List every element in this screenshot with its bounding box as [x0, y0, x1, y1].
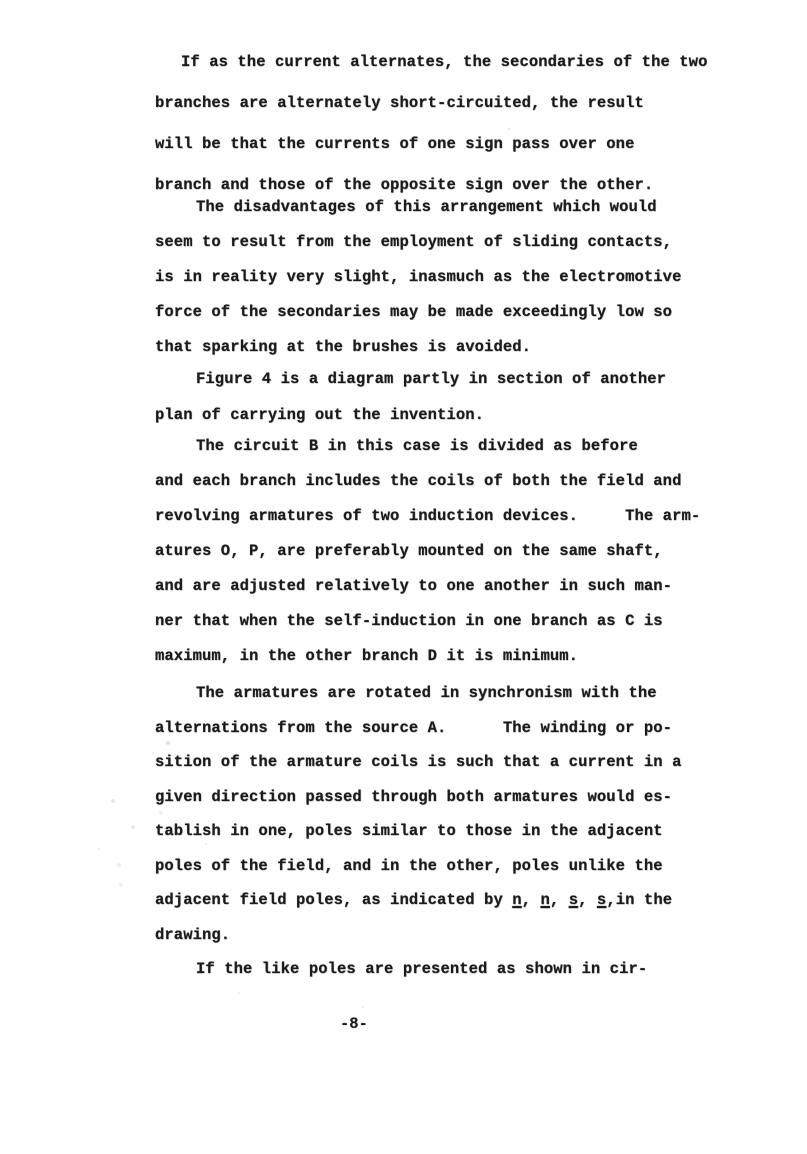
text-line: and are adjusted relatively to one anoth… [155, 569, 745, 604]
underlined-pole-letter: n [540, 891, 549, 909]
text-segment: branches are alternately short-circuited… [155, 94, 644, 112]
text-segment: and each branch includes the coils of bo… [155, 472, 681, 490]
paragraph: The circuit B in this case is divided as… [155, 429, 745, 674]
text-segment: poles of the field, and in the other, po… [155, 857, 663, 875]
underlined-pole-letter: s [569, 891, 578, 909]
text-line: maximum, in the other branch D it is min… [155, 639, 745, 674]
text-line: poles of the field, and in the other, po… [155, 849, 745, 884]
text-segment: drawing. [155, 926, 230, 944]
text-segment: alternations from the source A. The wind… [155, 719, 672, 737]
text-line: sition of the armature coils is such tha… [155, 745, 745, 780]
text-line: force of the secondaries may be made exc… [155, 295, 745, 330]
text-segment: The circuit B in this case is divided as… [196, 437, 638, 455]
paragraph: The disadvantages of this arrangement wh… [155, 190, 745, 365]
text-line: alternations from the source A. The wind… [155, 711, 745, 746]
scan-noise-speckles [0, 0, 2, 2]
text-segment: tablish in one, poles similar to those i… [155, 822, 663, 840]
text-line: The circuit B in this case is divided as… [155, 429, 745, 464]
paragraph: The armatures are rotated in synchronism… [155, 676, 745, 952]
text-line: adjacent field poles, as indicated by n,… [155, 883, 745, 918]
text-segment: is in reality very slight, inasmuch as t… [155, 268, 681, 286]
text-segment: The armatures are rotated in synchronism… [196, 684, 657, 702]
text-segment: Figure 4 is a diagram partly in section … [196, 370, 666, 388]
text-line: Figure 4 is a diagram partly in section … [155, 361, 745, 397]
text-line: plan of carrying out the invention. [155, 397, 745, 433]
paragraph: If the like poles are presented as shown… [155, 952, 745, 987]
text-segment: The disadvantages of this arrangement wh… [196, 198, 657, 216]
text-line: If the like poles are presented as shown… [155, 952, 745, 987]
text-line: The disadvantages of this arrangement wh… [155, 190, 745, 225]
text-line: will be that the currents of one sign pa… [155, 124, 745, 165]
text-segment: will be that the currents of one sign pa… [155, 135, 634, 153]
text-line: The armatures are rotated in synchronism… [155, 676, 745, 711]
text-segment: plan of carrying out the invention. [155, 406, 484, 424]
paragraph: If as the current alternates, the second… [155, 42, 745, 206]
page-number: -8- [340, 1012, 368, 1036]
text-line: and each branch includes the coils of bo… [155, 464, 745, 499]
text-segment: , [578, 891, 597, 909]
text-segment: ner that when the self-induction in one … [155, 612, 663, 630]
text-line: seem to result from the employment of sl… [155, 225, 745, 260]
text-line: tablish in one, poles similar to those i… [155, 814, 745, 849]
paragraph: Figure 4 is a diagram partly in section … [155, 361, 745, 433]
text-line: If as the current alternates, the second… [155, 42, 745, 83]
text-segment: seem to result from the employment of sl… [155, 233, 672, 251]
text-segment: force of the secondaries may be made exc… [155, 303, 672, 321]
text-segment: If as the current alternates, the second… [181, 53, 707, 71]
underlined-pole-letter: n [512, 891, 521, 909]
text-line: that sparking at the brushes is avoided. [155, 330, 745, 365]
text-segment: adjacent field poles, as indicated by [155, 891, 512, 909]
text-segment: sition of the armature coils is such tha… [155, 753, 681, 771]
text-line: atures O, P, are preferably mounted on t… [155, 534, 745, 569]
text-line: branches are alternately short-circuited… [155, 83, 745, 124]
text-segment: , [550, 891, 569, 909]
underlined-pole-letter: s [597, 891, 606, 909]
text-line: given direction passed through both arma… [155, 780, 745, 815]
text-segment: ,in the [606, 891, 672, 909]
text-segment: revolving armatures of two induction dev… [155, 507, 700, 525]
text-segment: If the like poles are presented as shown… [196, 960, 647, 978]
text-line: revolving armatures of two induction dev… [155, 499, 745, 534]
text-line: ner that when the self-induction in one … [155, 604, 745, 639]
text-segment: , [522, 891, 541, 909]
text-segment: maximum, in the other branch D it is min… [155, 647, 578, 665]
text-segment: atures O, P, are preferably mounted on t… [155, 542, 663, 560]
scanned-document-page: If as the current alternates, the second… [0, 0, 807, 1154]
text-line: is in reality very slight, inasmuch as t… [155, 260, 745, 295]
text-line: drawing. [155, 918, 745, 953]
text-segment: given direction passed through both arma… [155, 788, 672, 806]
text-segment: and are adjusted relatively to one anoth… [155, 577, 672, 595]
text-segment: that sparking at the brushes is avoided. [155, 338, 531, 356]
